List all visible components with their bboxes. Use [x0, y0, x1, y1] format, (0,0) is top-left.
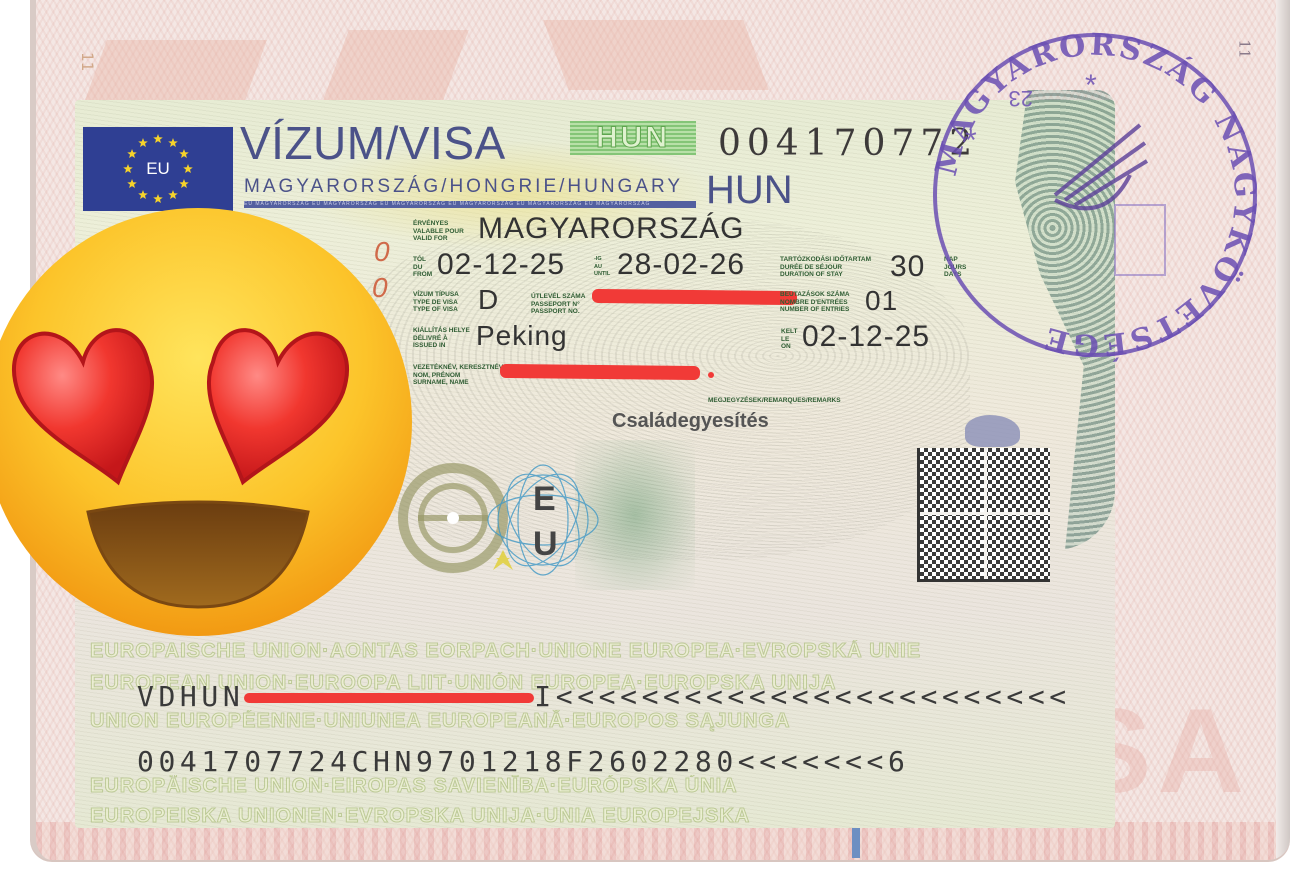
mrz-line-1-suffix: I<<<<<<<<<<<<<<<<<<<<<<<< [534, 680, 1070, 713]
eu-band-text: EUROPAISCHE UNION·AONTAS EORPACH·UNIONE … [90, 640, 1100, 662]
valid-for-value: MAGYARORSZÁG [478, 212, 744, 246]
country-code: HUN [706, 168, 793, 213]
mrz-line-1-prefix: VDHUN [137, 680, 244, 713]
page-number-left: 11 [78, 52, 97, 71]
heart-eyes-emoji-icon [0, 202, 418, 642]
eu-flag: EU [83, 127, 233, 211]
issuing-country: MAGYARORSZÁG/HONGRIE/HUNGARY [244, 176, 683, 198]
blue-mark [852, 828, 860, 858]
svg-text:*: * [1085, 69, 1097, 102]
svg-text:E: E [533, 480, 556, 518]
issued-in-value: Peking [476, 320, 568, 352]
background-pattern [323, 30, 468, 100]
redaction-dot [708, 372, 714, 378]
eu-flag-label: EU [83, 127, 233, 211]
mrz-name-redaction [244, 693, 534, 703]
visa-title: VÍZUM/VISA [240, 116, 506, 170]
until-label: -IG AU UNTIL [594, 256, 610, 279]
until-date: 28-02-26 [617, 248, 745, 282]
svg-text:U: U [533, 525, 558, 563]
svg-text:*: * [965, 124, 977, 157]
passport-number-redaction [592, 289, 797, 305]
from-date: 02-12-25 [437, 248, 565, 282]
datamatrix-barcode [917, 448, 1050, 582]
name-label: VEZETÉKNÉV, KERESZTNÉV NOM, PRÉNOM SURNA… [413, 364, 503, 387]
valid-for-label: ÉRVÉNYES VALABLE POUR VALID FOR [413, 220, 464, 243]
mrz-line-2: 0041707724CHN9701218F2602280<<<<<<<6 [137, 745, 909, 778]
remarks-value: Családegyesítés [612, 410, 769, 433]
remarks-label: MEGJEGYZÉSEK/REMARQUES/REMARKS [708, 397, 841, 405]
duration-value: 30 [890, 250, 925, 284]
eu-band-text: UNION EUROPÉENNE·UNIUNEA EUROPEANĂ·EUROP… [90, 710, 1100, 732]
issued-on-label: KELT LE ON [781, 328, 798, 351]
svg-text:23: 23 [1009, 86, 1033, 111]
issued-on-date: 02-12-25 [802, 320, 930, 354]
visa-type-label: VÍZUM TÍPUSA TYPE DE VISA TYPE OF VISA [413, 291, 459, 314]
passport-number-label: ÚTLEVÉL SZÁMA PASSEPORT N° PASSPORT No. [531, 293, 585, 316]
entries-label: BEUTAZÁSOK SZÁMA NOMBRE D'ENTRÉES NUMBER… [780, 291, 850, 314]
issued-in-label: KIÁLLÍTÁS HELYE DÉLIVRÉ À ISSUED IN [413, 327, 470, 350]
name-redaction [500, 364, 700, 380]
duration-label: TARTÓZKODÁSI IDŐTARTAM DURÉE DE SÉJOUR D… [780, 256, 871, 279]
security-seal-icon: E U [388, 430, 618, 610]
mrz-line-1: VDHUNI<<<<<<<<<<<<<<<<<<<<<<<< [137, 680, 1071, 713]
entries-value: 01 [865, 285, 898, 317]
visa-type-value: D [478, 284, 499, 316]
rhino-icon [965, 415, 1020, 447]
background-pattern [85, 40, 267, 100]
country-badge: HUN [570, 121, 696, 155]
eu-band-text: EUROPÄISCHE UNION·EIROPAS SAVIENĪBA·EURÓ… [90, 775, 1100, 797]
embassy-stamp: MAGYARORSZÁG NAGYKÖVETSÉGE 23 * * [925, 25, 1265, 365]
background-pattern [543, 20, 768, 90]
eu-band-text: EUROPEISKA UNIONEN·EVROPSKA UNIJA·UNIA E… [90, 805, 1100, 827]
